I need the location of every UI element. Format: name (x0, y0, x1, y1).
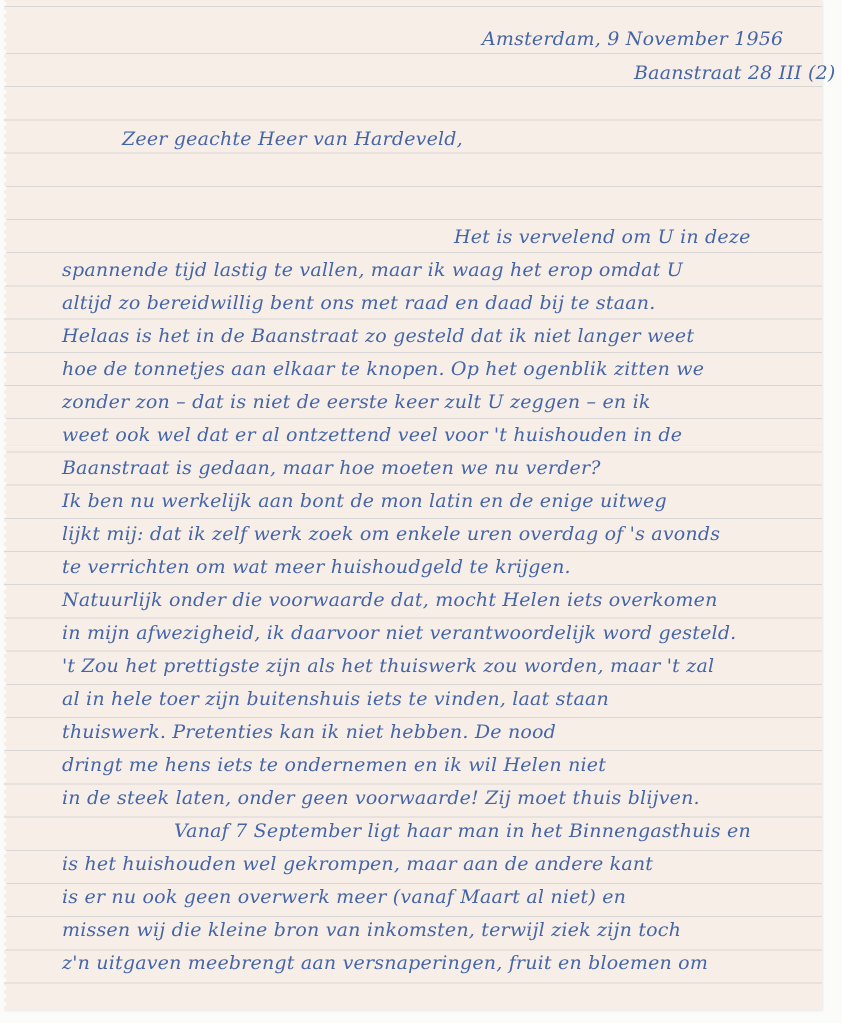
letter-address: Baanstraat 28 III (2) (634, 62, 836, 84)
letter-line: zonder zon – dat is niet de eerste keer … (62, 391, 651, 413)
letter-sheet: Amsterdam, 9 November 1956 Baanstraat 28… (4, 0, 822, 1010)
letter-line: is het huishouden wel gekrompen, maar aa… (62, 853, 653, 875)
letter-salutation: Zeer geachte Heer van Hardeveld, (122, 128, 463, 150)
letter-line: Het is vervelend om U in deze (454, 226, 751, 248)
letter-line: in de steek laten, onder geen voorwaarde… (62, 787, 700, 809)
letter-line: Vanaf 7 September ligt haar man in het B… (174, 820, 751, 842)
letter-line: Natuurlijk onder die voorwaarde dat, moc… (62, 589, 718, 611)
letter-line: dringt me hens iets te ondernemen en ik … (62, 754, 606, 776)
letter-line: lijkt mij: dat ik zelf werk zoek om enke… (62, 523, 720, 545)
letter-line: weet ook wel dat er al ontzettend veel v… (62, 424, 682, 446)
letter-line: missen wij die kleine bron van inkomsten… (62, 919, 681, 941)
perforated-edge (4, 0, 12, 1010)
letter-line: altijd zo bereidwillig bent ons met raad… (62, 292, 655, 314)
letter-line: te verrichten om wat meer huishoudgeld t… (62, 556, 571, 578)
letter-line: Helaas is het in de Baanstraat zo gestel… (62, 325, 694, 347)
letter-line: is er nu ook geen overwerk meer (vanaf M… (62, 886, 626, 908)
letter-place-date: Amsterdam, 9 November 1956 (482, 28, 783, 50)
letter-line: hoe de tonnetjes aan elkaar te knopen. O… (62, 358, 704, 380)
letter-line: in mijn afwezigheid, ik daarvoor niet ve… (62, 622, 736, 644)
letter-line: al in hele toer zijn buitenshuis iets te… (62, 688, 609, 710)
letter-line: Baanstraat is gedaan, maar hoe moeten we… (62, 457, 601, 479)
letter-line: 't Zou het prettigste zijn als het thuis… (62, 655, 714, 677)
letter-line: Ik ben nu werkelijk aan bont de mon lati… (62, 490, 667, 512)
letter-line: thuiswerk. Pretenties kan ik niet hebben… (62, 721, 556, 743)
letter-line: z'n uitgaven meebrengt aan versnaperinge… (62, 952, 708, 974)
letter-line: spannende tijd lastig te vallen, maar ik… (62, 259, 683, 281)
